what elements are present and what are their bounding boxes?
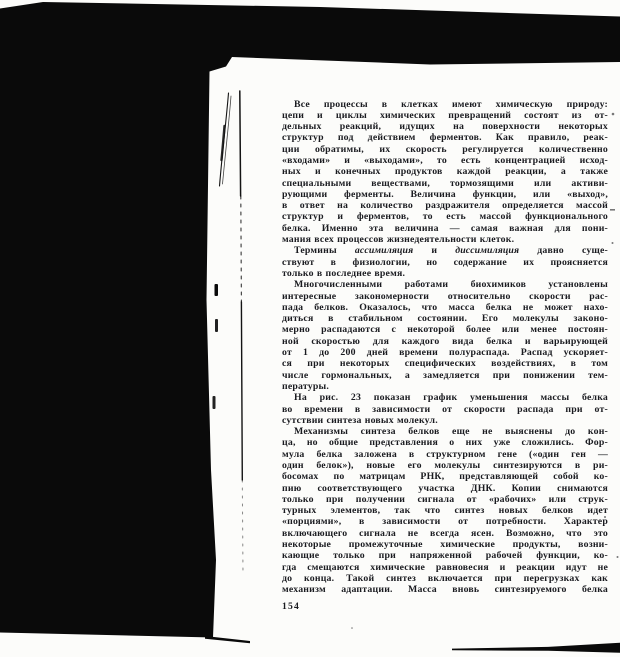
text-line: пада белков. Оказалось, что масса белка … <box>282 302 608 313</box>
text-line: ца, но общие представления о них уже сло… <box>282 437 608 448</box>
text-line: кающие только при напряженной рабочей фу… <box>282 550 608 561</box>
gutter-crease-line <box>241 196 242 302</box>
text-line: диться в стабильном состоянии. Его молек… <box>282 313 608 324</box>
text-line: мерно распадаются с некоторой более или … <box>282 324 608 335</box>
text-line: Механизмы синтеза белков еще не выяснены… <box>282 426 608 437</box>
text-line: включающего сигнала не всегда ясен. Возм… <box>282 528 608 539</box>
text-line: от 1 до 200 дней времени полураспада. Ра… <box>282 347 608 358</box>
text-line: в ответ на количество раздражителя опред… <box>282 200 608 211</box>
text-line: Термины ассимиляция и диссимиляция давно… <box>282 245 608 256</box>
margin-speck <box>612 113 615 116</box>
text-line: босомах по матрицам РНК, представляющей … <box>282 471 608 482</box>
text-line: числе гормональных, а замедляется при по… <box>282 370 608 381</box>
text-line: во времени в зависимости от скорости рас… <box>282 404 608 415</box>
text-line: структур под действием ферментов. Как пр… <box>282 132 608 143</box>
text-line: дельных реакций, идущих на поверхности н… <box>282 121 608 132</box>
text-line: турных элементов, так что синтез новых б… <box>282 505 608 516</box>
margin-dash <box>215 284 219 296</box>
text-line: пературы. <box>282 381 608 392</box>
margin-dash <box>213 396 216 409</box>
body-text: Все процессы в клетках имеют химическую … <box>282 99 608 596</box>
margin-speck <box>610 209 615 211</box>
text-line: «входами» и «выходами», то есть концентр… <box>282 155 608 166</box>
text-line: Многочисленными работами биохимиков уста… <box>282 279 608 290</box>
text-line: сутствии синтеза новых молекул. <box>282 415 608 426</box>
scan-border-tail <box>205 636 250 643</box>
margin-dash <box>215 319 218 332</box>
text-line: «порциями», в зависимости от потребности… <box>282 516 608 527</box>
text-line: рующими ферменты. Величина функции, или … <box>282 189 608 200</box>
page-number: 154 <box>282 601 300 612</box>
margin-speck <box>612 242 614 244</box>
gutter-scratch <box>222 126 225 160</box>
gutter-crease-line <box>241 302 242 480</box>
text-line: ствуют в физиологии, но содержание их пр… <box>282 257 608 268</box>
text-line: структур и ферментов, то есть массой фун… <box>282 211 608 222</box>
text-line: только при получении сигнала от «рабочих… <box>282 494 608 505</box>
scan-bottom-streak <box>452 643 620 653</box>
text-line: до конца. Такой синтез включается при пе… <box>282 573 608 584</box>
text-line: пию соответствующего участка ДНК. Копии … <box>282 483 608 494</box>
text-line: ся при некоторых специфических воздейств… <box>282 358 608 369</box>
text-line: гда смещаются химические равновесия и ре… <box>282 562 608 573</box>
text-line: один белок»), новые его молекулы синтези… <box>282 460 608 471</box>
text-line: белка. Именно эта величина — самая важна… <box>282 223 608 234</box>
text-line: только в последнее время. <box>282 268 608 279</box>
text-line: мания всех процессов жизнедеятельности к… <box>282 234 608 245</box>
scanned-book-page: Все процессы в клетках имеют химическую … <box>0 0 620 657</box>
margin-speck <box>351 627 353 629</box>
text-line: ных и конечных продуктов каждой реакции,… <box>282 166 608 177</box>
text-line: ной скоростью для каждого вида белка и в… <box>282 336 608 347</box>
text-line: мула белка заложена в структурном гене (… <box>282 449 608 460</box>
margin-speck <box>617 556 619 558</box>
text-line: На рис. 23 показан график уменьшения мас… <box>282 392 608 403</box>
gutter-crease-line <box>242 480 243 575</box>
gutter-crease-line <box>240 91 241 196</box>
text-line: ции обратимы, их скорость регулируется к… <box>282 144 608 155</box>
text-line: интересные закономерности относительно с… <box>282 291 608 302</box>
text-line: Все процессы в клетках имеют химическую … <box>282 99 608 110</box>
text-line: цепи и циклы химических превращений сост… <box>282 110 608 121</box>
text-line: механизм адаптации. Масса вновь синтезир… <box>282 584 608 595</box>
text-line: специальными веществами, тормозящими или… <box>282 178 608 189</box>
text-line: некоторые промежуточные химические проду… <box>282 539 608 550</box>
